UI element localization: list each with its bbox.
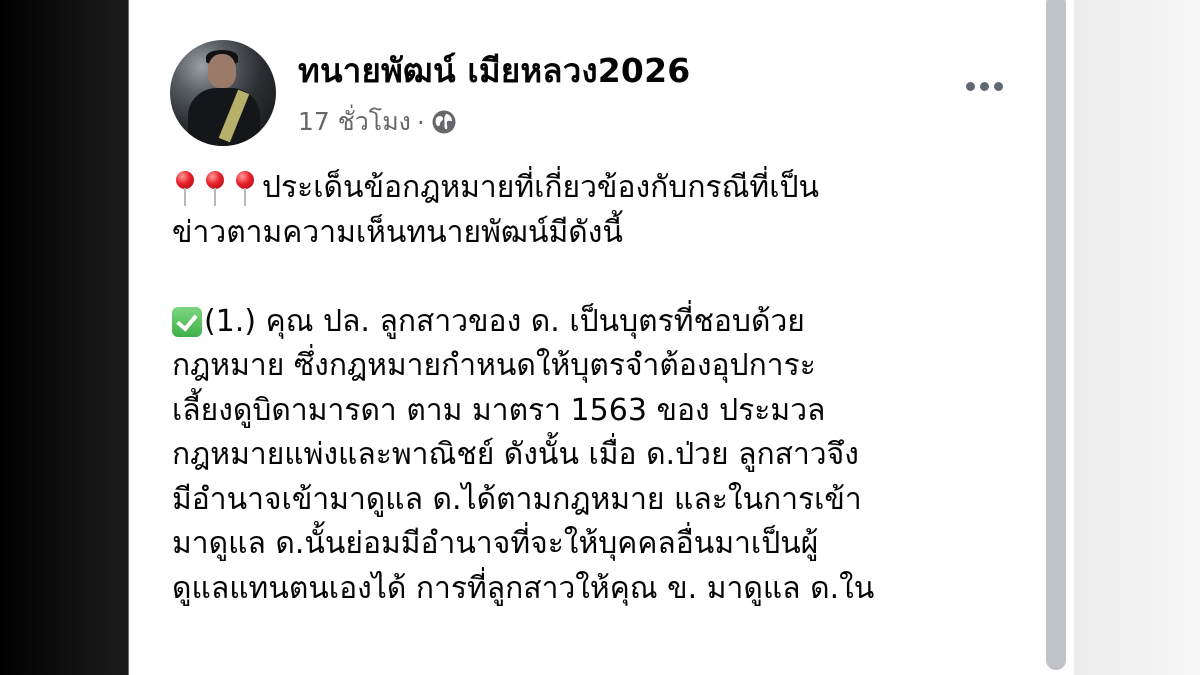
post-text: ดูแลแทนตนเองได้ การที่ลูกสาวให้คุณ ข. มา… xyxy=(172,567,874,612)
post-timestamp[interactable]: 17 ชั่วโมง xyxy=(298,102,411,142)
right-gray-panel xyxy=(1074,0,1200,675)
author-avatar[interactable] xyxy=(170,40,276,146)
round-pushpin-icon xyxy=(172,168,198,208)
more-dot-icon xyxy=(980,82,989,91)
post-text: (1.) คุณ ปล. ลูกสาวของ ด. เป็นบุตรที่ชอบ… xyxy=(204,300,805,345)
check-mark-button-icon xyxy=(172,307,202,337)
post-meta: 17 ชั่วโมง · xyxy=(298,102,457,142)
round-pushpin-icon xyxy=(202,168,228,208)
post-text: ประเด็นข้อกฎหมายที่เกี่ยวข้องกับกรณีที่เ… xyxy=(262,166,819,211)
author-name[interactable]: ทนายพัฒน์ เมียหลวง2026 xyxy=(298,44,690,97)
point1-line-1: (1.) คุณ ปล. ลูกสาวของ ด. เป็นบุตรที่ชอบ… xyxy=(172,300,1042,345)
scrollbar-thumb[interactable] xyxy=(1046,0,1066,670)
post-text: เลี้ยงดูบิดามารดา ตาม มาตรา 1563 ของ ประ… xyxy=(172,389,825,434)
more-dot-icon xyxy=(994,82,1003,91)
meta-separator: · xyxy=(417,108,425,137)
point1-line-5: มีอำนาจเข้ามาดูแล ด.ได้ตามกฎหมาย และในกา… xyxy=(172,478,1042,523)
intro-line-2: ข่าวตามความเห็นทนายพัฒน์มีดังนี้ xyxy=(172,211,1042,256)
intro-line-1: ประเด็นข้อกฎหมายที่เกี่ยวข้องกับกรณีที่เ… xyxy=(172,166,1042,211)
more-dot-icon xyxy=(966,82,975,91)
post-text: กฎหมายแพ่งและพาณิชย์ ดังนั้น เมื่อ ด.ป่ว… xyxy=(172,433,859,478)
post-text: กฎหมาย ซึ่งกฎหมายกำหนดให้บุตรจำต้องอุปกา… xyxy=(172,344,816,389)
post-text: มาดูแล ด.นั้นย่อมมีอำนาจที่จะให้บุคคลอื่… xyxy=(172,522,818,567)
globe-icon[interactable] xyxy=(431,109,457,135)
point1-line-4: กฎหมายแพ่งและพาณิชย์ ดังนั้น เมื่อ ด.ป่ว… xyxy=(172,433,1042,478)
point1-line-2: กฎหมาย ซึ่งกฎหมายกำหนดให้บุตรจำต้องอุปกา… xyxy=(172,344,1042,389)
more-options-button[interactable] xyxy=(966,76,1010,96)
left-dark-panel xyxy=(0,0,129,675)
post-body: ประเด็นข้อกฎหมายที่เกี่ยวข้องกับกรณีที่เ… xyxy=(172,166,1042,611)
point1-line-7: ดูแลแทนตนเองได้ การที่ลูกสาวให้คุณ ข. มา… xyxy=(172,567,1042,612)
avatar-face xyxy=(208,54,236,88)
post-text: ข่าวตามความเห็นทนายพัฒน์มีดังนี้ xyxy=(172,211,623,256)
post-text: มีอำนาจเข้ามาดูแล ด.ได้ตามกฎหมาย และในกา… xyxy=(172,478,862,523)
point1-line-3: เลี้ยงดูบิดามารดา ตาม มาตรา 1563 ของ ประ… xyxy=(172,389,1042,434)
round-pushpin-icon xyxy=(232,168,258,208)
point1-line-6: มาดูแล ด.นั้นย่อมมีอำนาจที่จะให้บุคคลอื่… xyxy=(172,522,1042,567)
blank-line xyxy=(172,255,1042,300)
